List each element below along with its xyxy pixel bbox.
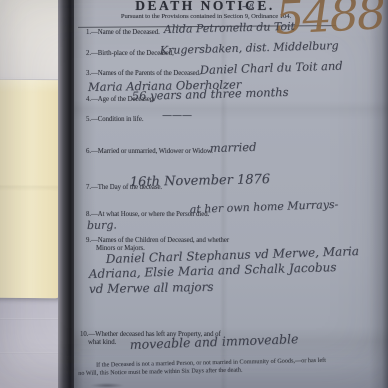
- cut-off-ink-at-bottom: [90, 383, 124, 388]
- field-label-children-line1: 9.—Names of the Children of Deceased, an…: [86, 237, 229, 244]
- field-label-marital-status: 6.—Married or unmarried, Widower or Wido…: [86, 148, 213, 155]
- field-label-parents: 3.—Names of the Parents of the Deceased.: [86, 70, 201, 77]
- handwritten-section-mark: ⁓8: [242, 3, 253, 11]
- field-label-condition-in-life: 5.—Condition in life.: [86, 116, 143, 123]
- field-label-property-line2: what kind.: [88, 339, 116, 346]
- death-notice-form-page: DEATH NOTICE. Pursuant to the Provisions…: [74, 0, 388, 388]
- field-value-condition-dash: ———: [162, 110, 192, 121]
- field-value-age: 56 years and three months: [132, 85, 289, 103]
- field-value-place-of-death-line2: burg.: [87, 218, 117, 232]
- field-value-children-line3: vd Merwe all majors: [89, 280, 214, 296]
- field-value-birthplace: Krugersbaken, dist. Middelburg: [160, 39, 339, 57]
- left-page-fold: [0, 318, 58, 320]
- form-footnote: If the Deceased is not a married Person,…: [78, 356, 386, 379]
- field-value-parents-line1: Daniel Charl du Toit and: [200, 59, 343, 77]
- field-value-day-of-decease: 16th November 1876: [130, 172, 271, 190]
- field-label-name-of-deceased: 1.—Name of the Deceased.: [86, 29, 160, 36]
- field-value-marital-status: married: [210, 140, 257, 155]
- field-value-place-of-death-line1: at her own home Murrays-: [190, 198, 339, 216]
- left-page-fold: [0, 352, 58, 354]
- cream-insert-page: [0, 80, 63, 298]
- photograph-of-bound-register: DEATH NOTICE. Pursuant to the Provisions…: [0, 0, 388, 388]
